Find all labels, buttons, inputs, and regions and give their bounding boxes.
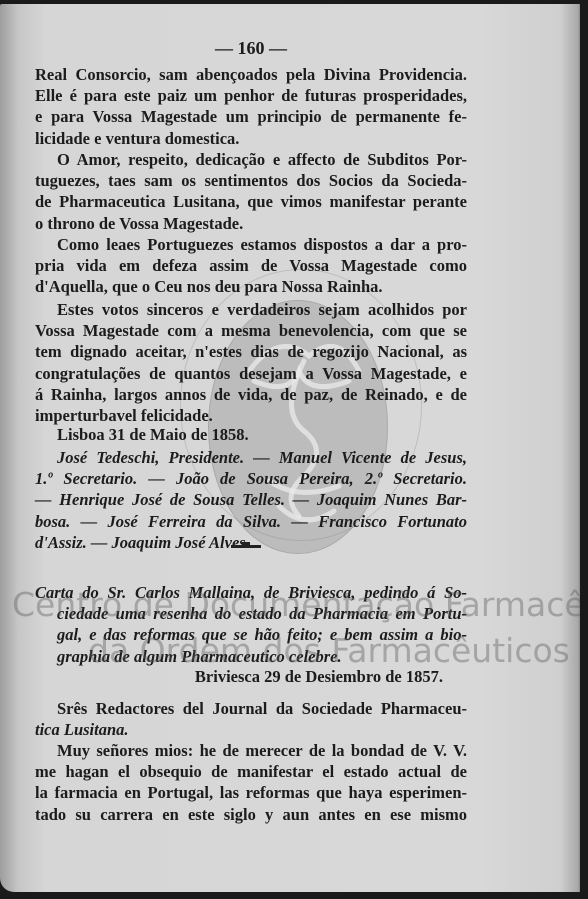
watermark-line-2: da Ordem dos Farmacêuticos bbox=[88, 634, 570, 667]
signatures: José Tedeschi, Presidente. — Manuel Vice… bbox=[35, 447, 467, 553]
text-line: e para Vossa Magestade um principio de p… bbox=[35, 106, 467, 127]
text-line: congratulações de quantos desejam a Voss… bbox=[35, 363, 467, 384]
text-line: á Rainha, largos annos de vida, de paz, … bbox=[35, 384, 467, 405]
text-line: licidade e ventura domestica. bbox=[35, 128, 467, 149]
paragraph-3: Como leaes Portuguezes estamos dispostos… bbox=[35, 234, 467, 298]
text-line: me hagan el obsequio de manifestar el es… bbox=[35, 761, 467, 782]
text-line: la farmacia en Portugal, las reformas qu… bbox=[35, 782, 467, 803]
watermark-line-1: Centro de Documentação Farmacêutica bbox=[12, 588, 580, 621]
text-line: José Tedeschi, Presidente. — Manuel Vice… bbox=[35, 447, 467, 468]
text-line: o throno de Vossa Magestade. bbox=[35, 213, 467, 234]
paragraph-1: Real Consorcio, sam abençoados pela Divi… bbox=[35, 64, 467, 149]
scanned-page: — 160 — Real Consorcio, sam abençoados p… bbox=[0, 4, 580, 892]
paragraph-4: Estes votos sinceros e verdadeiros sejam… bbox=[35, 299, 467, 426]
section-divider bbox=[231, 545, 261, 548]
page-number: — 160 — bbox=[35, 38, 467, 59]
text-line: 1.º Secretario. — João de Sousa Pereira,… bbox=[35, 468, 467, 489]
text-line: tuguezes, taes sam os sentimentos dos So… bbox=[35, 170, 467, 191]
text-line: tica Lusitana. bbox=[35, 719, 467, 740]
text-line: d'Aquella, que o Ceu nos deu para Nossa … bbox=[35, 276, 467, 297]
text-line: imperturbavel felicidade. bbox=[35, 405, 467, 426]
date-line: Lisboa 31 de Maio de 1858. bbox=[35, 424, 467, 445]
text-line: Srês Redactores del Journal da Sociedade… bbox=[35, 698, 467, 719]
text-line: Muy señores mios: he de merecer de la bo… bbox=[35, 740, 467, 761]
text-line: d'Assiz. — Joaquim José Alves. bbox=[35, 532, 467, 553]
text-line: — Henrique José de Sousa Telles. — Joaqu… bbox=[35, 489, 467, 510]
text-line: tem dignado aceitar, n'estes dias de reg… bbox=[35, 341, 467, 362]
text-line: bosa. — José Ferreira da Silva. — Franci… bbox=[35, 511, 467, 532]
text-line: Como leaes Portuguezes estamos dispostos… bbox=[35, 234, 467, 255]
text-line: tado su carrera en este siglo y aun ante… bbox=[35, 804, 467, 825]
paragraph-2: O Amor, respeito, dedicação e affecto de… bbox=[35, 149, 467, 234]
text-line: de Pharmaceutica Lusitana, que vimos man… bbox=[35, 191, 467, 212]
text-line: Estes votos sinceros e verdadeiros sejam… bbox=[35, 299, 467, 320]
text-line: Vossa Magestade com a mesma benevolencia… bbox=[35, 320, 467, 341]
text-line: Elle é para este paiz um penhor de futur… bbox=[35, 85, 467, 106]
text-line: pria vida em defeza assim de Vossa Mages… bbox=[35, 255, 467, 276]
text-line: O Amor, respeito, dedicação e affecto de… bbox=[35, 149, 467, 170]
letter-body: Muy señores mios: he de merecer de la bo… bbox=[35, 740, 467, 825]
letter-salutation: Srês Redactores del Journal da Sociedade… bbox=[35, 698, 467, 740]
text-line: Real Consorcio, sam abençoados pela Divi… bbox=[35, 64, 467, 85]
text-line: Lisboa 31 de Maio de 1858. bbox=[35, 424, 467, 445]
